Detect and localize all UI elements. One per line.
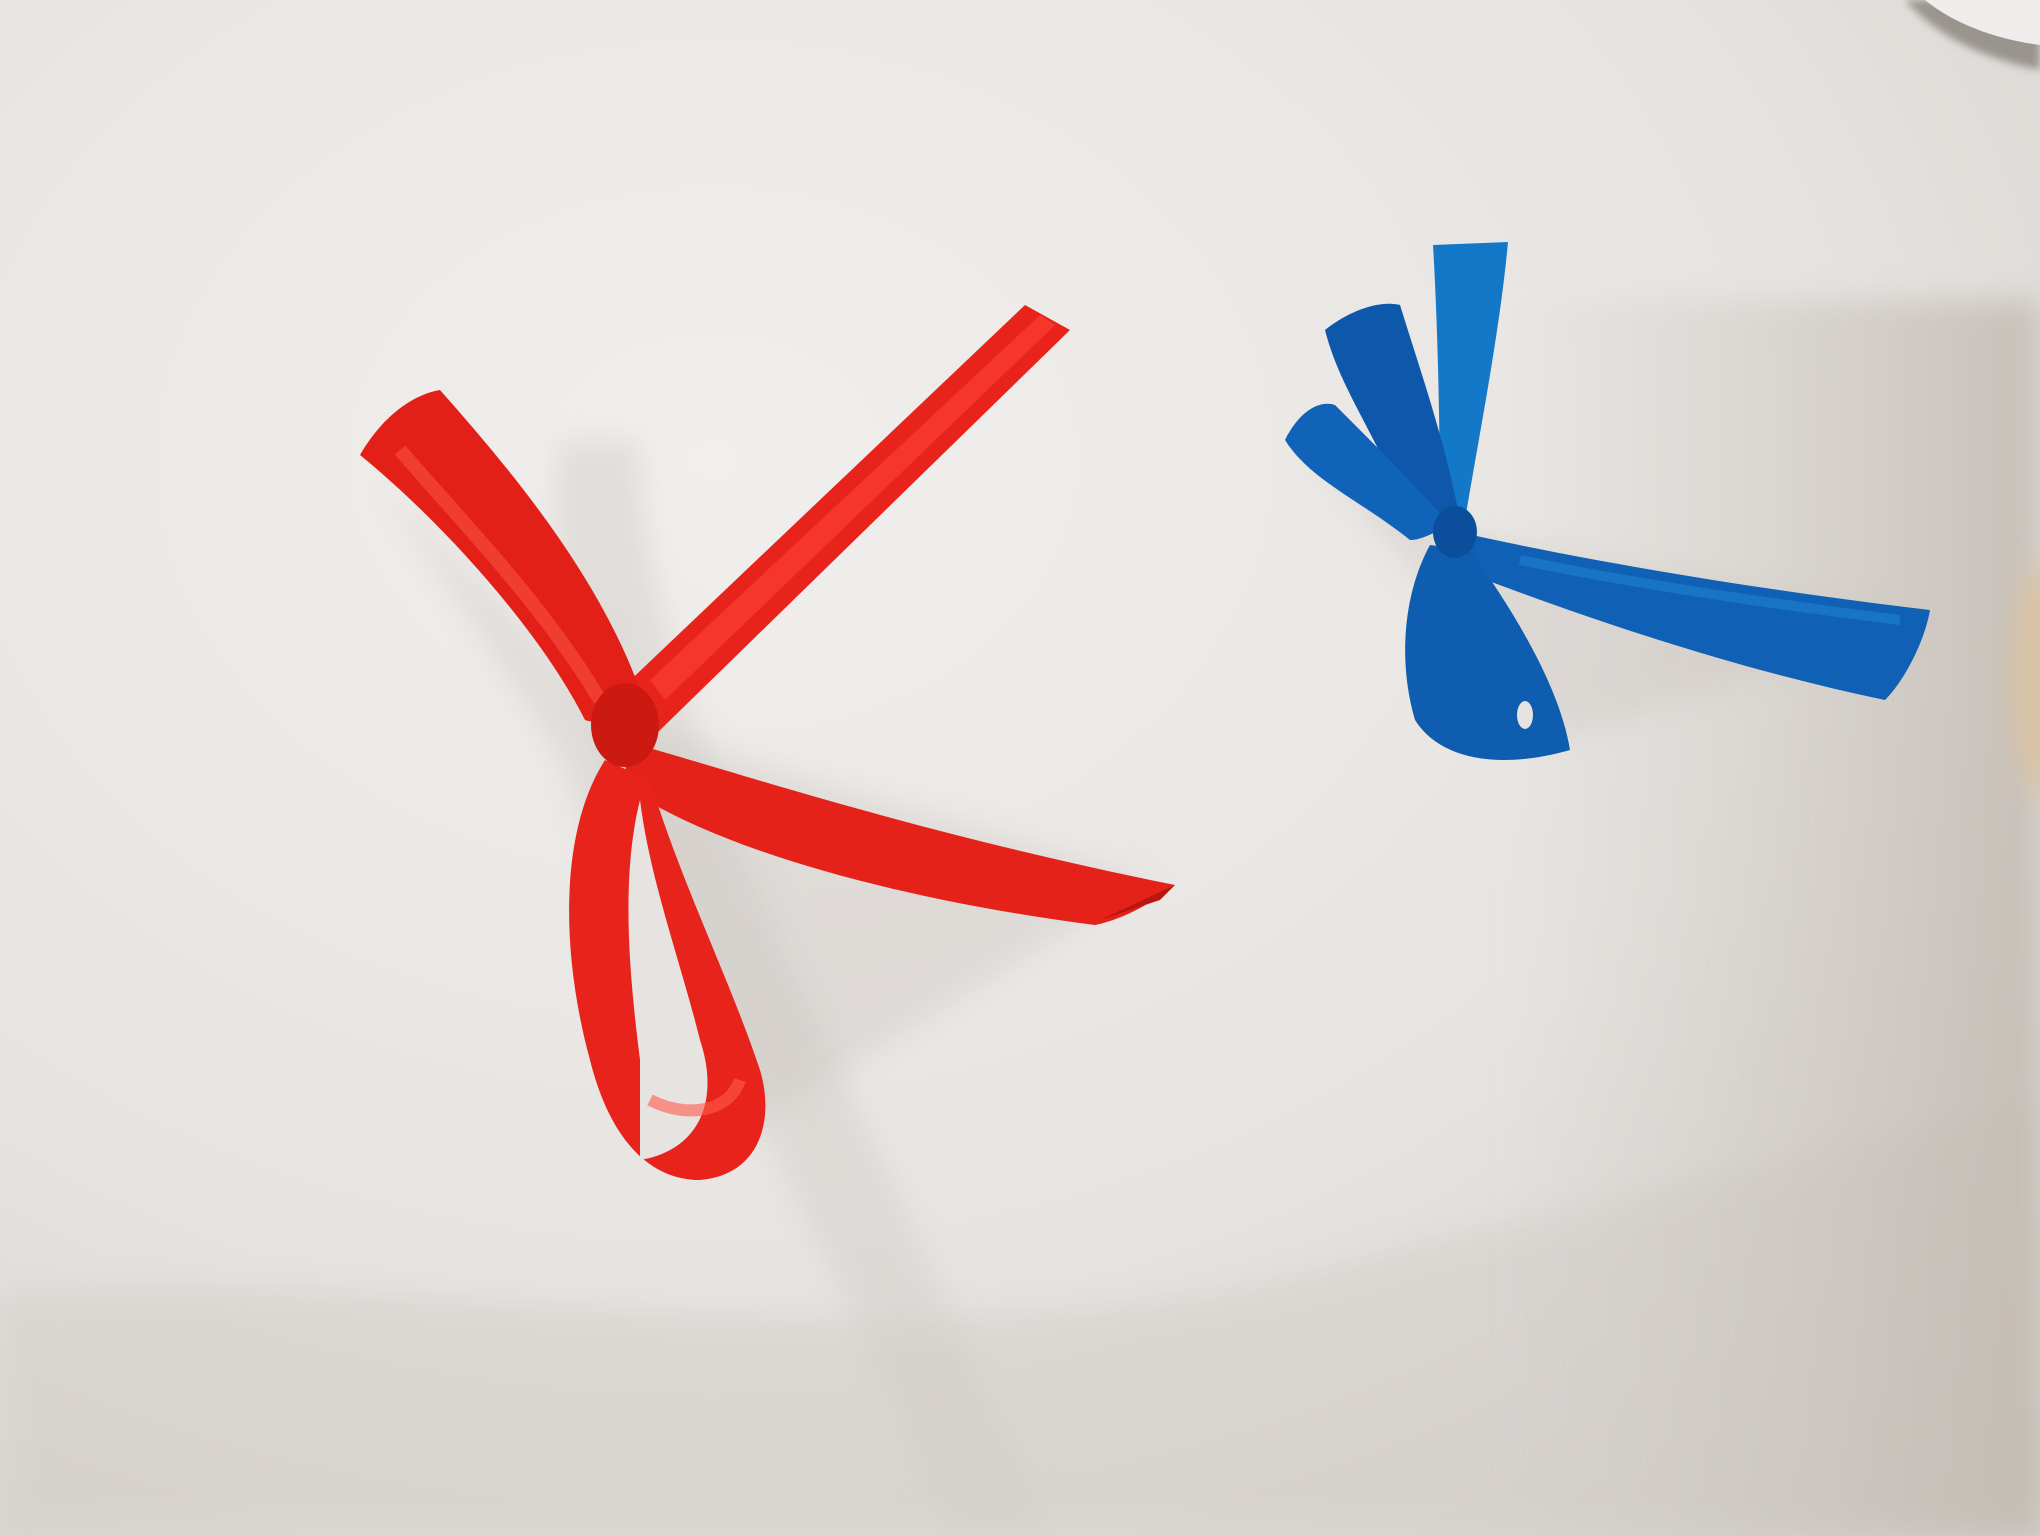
photo-scene [0,0,2040,1536]
right-shadow [1500,300,2040,1536]
